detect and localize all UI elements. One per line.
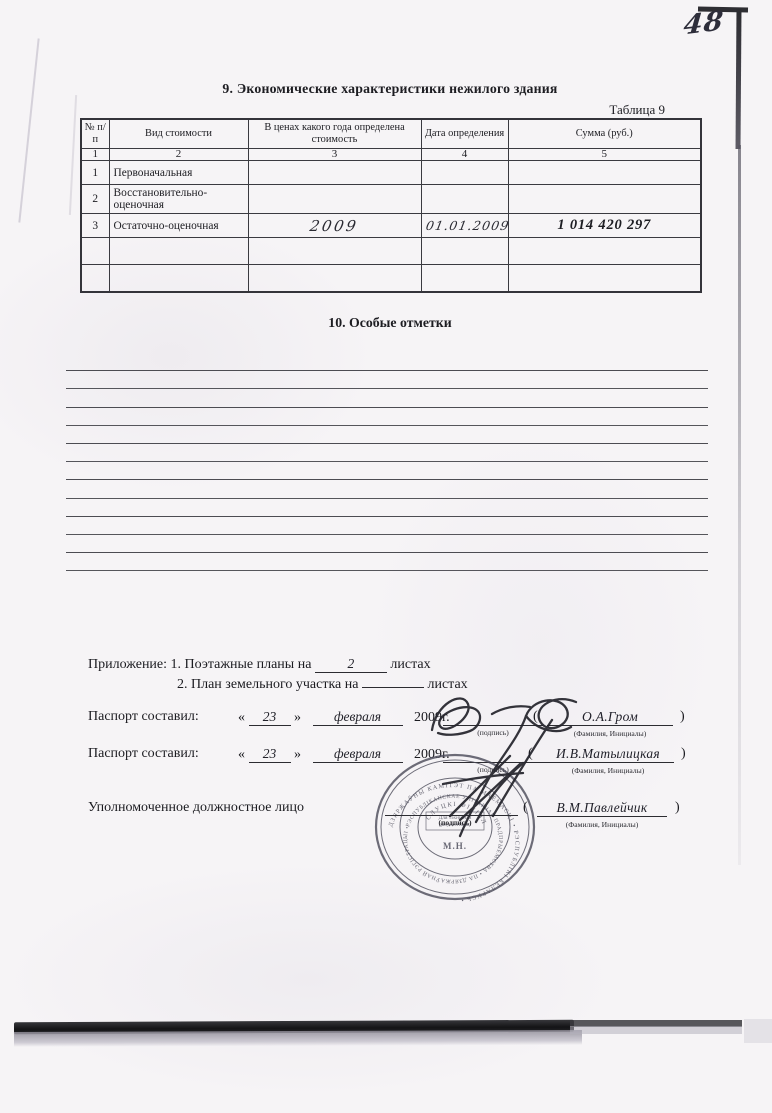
blank-line bbox=[66, 553, 708, 571]
cell-num bbox=[81, 238, 109, 265]
economic-table: № п/п Вид стоимости В ценах какого года … bbox=[80, 118, 702, 293]
table-row: 1 Первоначальная bbox=[81, 161, 701, 185]
passport-row-1-label: Паспорт составил: bbox=[88, 709, 199, 725]
handwritten-date: 01.01.2009 bbox=[424, 218, 508, 233]
signature-1 bbox=[432, 698, 480, 734]
paper-fold-left-2 bbox=[69, 95, 77, 215]
section-10-title: 10. Особые отметки bbox=[80, 315, 700, 331]
cell-year bbox=[248, 238, 421, 265]
scan-bottom-notch bbox=[744, 1019, 772, 1043]
paper-fold-left bbox=[18, 38, 39, 222]
cell-date bbox=[421, 238, 508, 265]
cell-amount bbox=[508, 238, 701, 265]
cell-kind: Первоначальная bbox=[109, 161, 248, 185]
cell-amount bbox=[508, 161, 701, 185]
attachment-2-prefix: 2. План земельного участка на bbox=[177, 677, 358, 692]
colnum-5: 5 bbox=[508, 149, 701, 161]
colnum-3: 3 bbox=[248, 149, 421, 161]
cell-num: 2 bbox=[81, 185, 109, 214]
notes-blank-lines bbox=[66, 353, 708, 571]
cell-amount bbox=[508, 265, 701, 292]
attachment-1-suffix: листах bbox=[390, 657, 430, 672]
cell-kind: Восстановительно-оценочная bbox=[109, 185, 248, 214]
attachments-line-1: Приложение: 1. Поэтажные планы на 2 лист… bbox=[88, 656, 431, 673]
official-label: Уполномоченное должностное лицо bbox=[88, 800, 304, 816]
cell-date bbox=[421, 265, 508, 292]
open-quote: « bbox=[238, 710, 245, 725]
cell-year bbox=[248, 185, 421, 214]
cell-date bbox=[421, 185, 508, 214]
cell-num bbox=[81, 265, 109, 292]
column-number-row: 1 2 3 4 5 bbox=[81, 149, 701, 161]
passport-row-2-label: Паспорт составил: bbox=[88, 746, 199, 762]
table-9-label: Таблица 9 bbox=[500, 102, 665, 118]
colnum-4: 4 bbox=[421, 149, 508, 161]
day-value: 23 bbox=[249, 709, 291, 726]
ink-signatures bbox=[380, 686, 720, 861]
cell-amount bbox=[508, 185, 701, 214]
blank-line bbox=[66, 389, 708, 407]
day-value: 23 bbox=[249, 746, 291, 763]
cell-kind bbox=[109, 238, 248, 265]
cell-year bbox=[248, 161, 421, 185]
page-edge-right-faint bbox=[738, 145, 741, 865]
cell-kind bbox=[109, 265, 248, 292]
header-price-year: В ценах какого года определена стоимость bbox=[248, 119, 421, 149]
handwritten-year: 2009 bbox=[309, 217, 360, 235]
open-quote: « bbox=[238, 747, 245, 762]
table-row: 3 Остаточно-оценочная 2009 01.01.2009 1 … bbox=[81, 214, 701, 238]
attachment-1-prefix: 1. Поэтажные планы на bbox=[171, 657, 312, 672]
cell-kind: Остаточно-оценочная bbox=[109, 214, 248, 238]
cell-num: 1 bbox=[81, 161, 109, 185]
colnum-2: 2 bbox=[109, 149, 248, 161]
table-row: 2 Восстановительно-оценочная bbox=[81, 185, 701, 214]
table-row-empty bbox=[81, 265, 701, 292]
scan-bottom-smear-right bbox=[570, 1026, 742, 1034]
table-header-row: № п/п Вид стоимости В ценах какого года … bbox=[81, 119, 701, 149]
attachment-1-sheet-count: 2 bbox=[315, 656, 387, 673]
blank-line bbox=[66, 535, 708, 553]
blank-line bbox=[66, 408, 708, 426]
blank-line bbox=[66, 517, 708, 535]
blank-line bbox=[66, 426, 708, 444]
cell-num: 3 bbox=[81, 214, 109, 238]
attachments-label: Приложение: bbox=[88, 657, 167, 672]
header-date: Дата определения bbox=[421, 119, 508, 149]
page-edge-right-dark bbox=[736, 9, 742, 149]
cell-date bbox=[421, 161, 508, 185]
blank-line bbox=[66, 444, 708, 462]
scan-bottom-smear bbox=[14, 1030, 582, 1047]
blank-line bbox=[66, 371, 708, 389]
handwritten-page-number: 48 bbox=[682, 6, 725, 42]
amount-value: 1 014 420 297 bbox=[557, 217, 651, 233]
blank-line bbox=[66, 353, 708, 371]
blank-line bbox=[66, 462, 708, 480]
colnum-1: 1 bbox=[81, 149, 109, 161]
blank-line bbox=[66, 499, 708, 517]
blank-line bbox=[66, 480, 708, 498]
table-row-empty bbox=[81, 238, 701, 265]
header-kind: Вид стоимости bbox=[109, 119, 248, 149]
section-9-title: 9. Экономические характеристики нежилого… bbox=[80, 81, 700, 97]
header-amount: Сумма (руб.) bbox=[508, 119, 701, 149]
signature-2-loop bbox=[493, 716, 571, 816]
close-quote: » bbox=[294, 747, 301, 762]
cell-year bbox=[248, 265, 421, 292]
header-num: № п/п bbox=[81, 119, 109, 149]
scanned-page: 48 9. Экономические характеристики нежил… bbox=[0, 0, 772, 1113]
close-quote: » bbox=[294, 710, 301, 725]
signature-1-dash bbox=[492, 706, 530, 714]
